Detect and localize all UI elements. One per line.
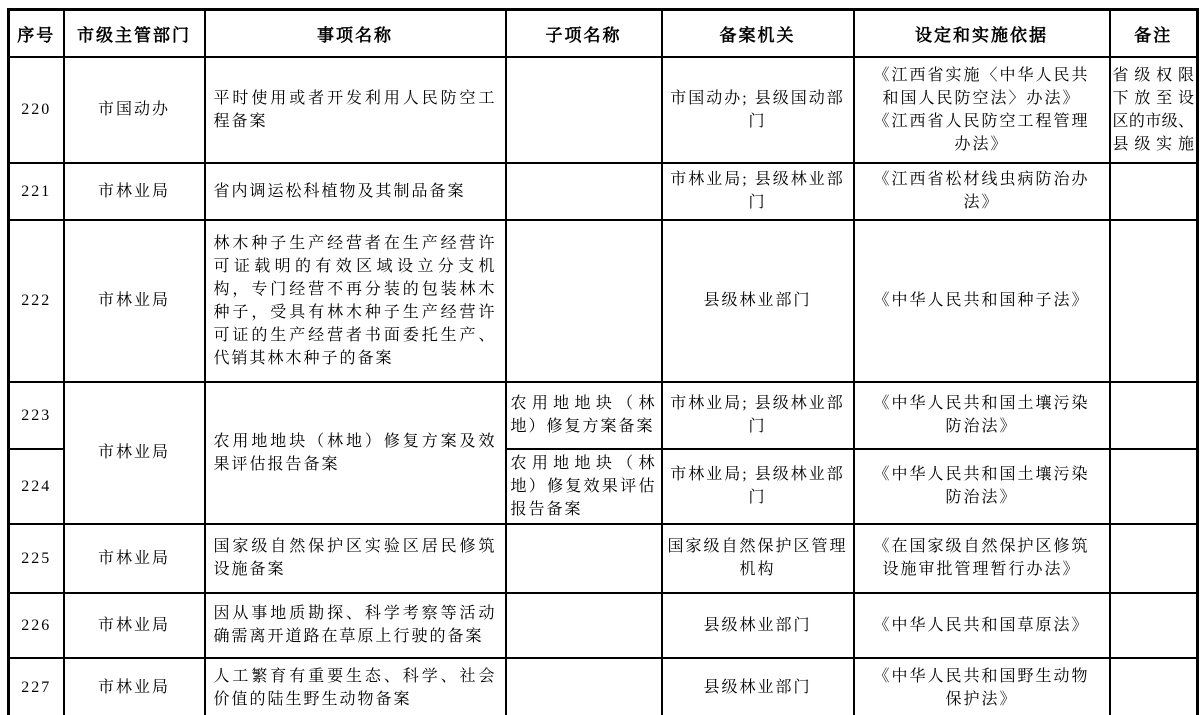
cell-dept: 市林业局: [64, 220, 205, 382]
cell-item: 林木种子生产经营者在生产经营许可证载明的有效区域设立分支机构，专门经营不再分装的…: [205, 220, 506, 382]
cell-seq: 222: [9, 220, 64, 382]
col-header-seq: 序号: [9, 10, 64, 57]
cell-item: 人工繁育有重要生态、科学、社会价值的陆生野生动物备案: [205, 658, 506, 715]
cell-seq: 221: [9, 163, 64, 220]
cell-seq: 225: [9, 524, 64, 593]
table-row-227: 227 市林业局 人工繁育有重要生态、科学、社会价值的陆生野生动物备案 县级林业…: [9, 658, 1198, 715]
cell-subitem: 农用地地块（林地）修复效果评估报告备案: [506, 449, 662, 524]
cell-note: [1110, 524, 1198, 593]
cell-note: [1110, 382, 1198, 449]
col-header-authority: 备案机关: [662, 10, 854, 57]
table-row-223: 223 市林业局 农用地地块（林地）修复方案及效果评估报告备案 农用地地块（林地…: [9, 382, 1198, 449]
cell-authority: 县级林业部门: [662, 658, 854, 715]
cell-authority: 市林业局; 县级林业部门: [662, 163, 854, 220]
basis-law: 《中华人民共和国野生动物保护法》: [869, 665, 1095, 711]
col-header-basis: 设定和实施依据: [854, 10, 1110, 57]
cell-note: [1110, 593, 1198, 658]
note-line: 县级实施: [1113, 133, 1195, 156]
cell-authority: 县级林业部门: [662, 593, 854, 658]
cell-seq: 224: [9, 449, 64, 524]
cell-subitem: [506, 593, 662, 658]
cell-item: 省内调运松科植物及其制品备案: [205, 163, 506, 220]
table-row-222: 222 市林业局 林木种子生产经营者在生产经营许可证载明的有效区域设立分支机构，…: [9, 220, 1198, 382]
cell-item: 因从事地质勘探、科学考察等活动确需离开道路在草原上行驶的备案: [205, 593, 506, 658]
table-row-220: 220 市国动办 平时使用或者开发利用人民防空工程备案 市国动办; 县级国动部门…: [9, 57, 1198, 163]
basis-law: 《在国家级自然保护区修筑设施审批管理暂行办法》: [869, 535, 1095, 581]
cell-item-merged: 农用地地块（林地）修复方案及效果评估报告备案: [205, 382, 506, 524]
cell-dept-merged: 市林业局: [64, 382, 205, 524]
cell-authority: 县级林业部门: [662, 220, 854, 382]
cell-subitem: [506, 163, 662, 220]
cell-basis: 《江西省松材线虫病防治办法》: [854, 163, 1110, 220]
cell-item: 平时使用或者开发利用人民防空工程备案: [205, 57, 506, 163]
cell-dept: 市林业局: [64, 524, 205, 593]
col-header-item: 事项名称: [205, 10, 506, 57]
cell-dept: 市林业局: [64, 163, 205, 220]
cell-seq: 226: [9, 593, 64, 658]
cell-basis: 《中华人民共和国种子法》: [854, 220, 1110, 382]
cell-basis: 《江西省实施〈中华人民共和国人民防空法〉办法》 《江西省人民防空工程管理办法》: [854, 57, 1110, 163]
cell-note: [1110, 658, 1198, 715]
filing-items-table: 序号 市级主管部门 事项名称 子项名称 备案机关 设定和实施依据 备注 220 …: [7, 8, 1199, 715]
cell-basis: 《在国家级自然保护区修筑设施审批管理暂行办法》: [854, 524, 1110, 593]
cell-note: [1110, 449, 1198, 524]
cell-subitem: [506, 57, 662, 163]
col-header-dept: 市级主管部门: [64, 10, 205, 57]
table-row-226: 226 市林业局 因从事地质勘探、科学考察等活动确需离开道路在草原上行驶的备案 …: [9, 593, 1198, 658]
header-row: 序号 市级主管部门 事项名称 子项名称 备案机关 设定和实施依据 备注: [9, 10, 1198, 57]
cell-authority: 市林业局; 县级林业部门: [662, 382, 854, 449]
cell-seq: 220: [9, 57, 64, 163]
cell-note: [1110, 220, 1198, 382]
cell-authority: 市林业局; 县级林业部门: [662, 449, 854, 524]
cell-basis: 《中华人民共和国土壤污染防治法》: [854, 382, 1110, 449]
basis-law: 《中华人民共和国种子法》: [869, 289, 1095, 312]
cell-subitem: [506, 220, 662, 382]
cell-authority: 市国动办; 县级国动部门: [662, 57, 854, 163]
cell-authority: 国家级自然保护区管理机构: [662, 524, 854, 593]
cell-subitem: [506, 524, 662, 593]
basis-law: 《江西省实施〈中华人民共和国人民防空法〉办法》: [869, 64, 1095, 110]
cell-dept: 市林业局: [64, 658, 205, 715]
table-row-221: 221 市林业局 省内调运松科植物及其制品备案 市林业局; 县级林业部门 《江西…: [9, 163, 1198, 220]
note-line: 下放至设: [1113, 87, 1195, 110]
cell-dept: 市林业局: [64, 593, 205, 658]
table-row-225: 225 市林业局 国家级自然保护区实验区居民修筑设施备案 国家级自然保护区管理机…: [9, 524, 1198, 593]
col-header-note: 备注: [1110, 10, 1198, 57]
cell-basis: 《中华人民共和国野生动物保护法》: [854, 658, 1110, 715]
cell-seq: 227: [9, 658, 64, 715]
cell-seq: 223: [9, 382, 64, 449]
note-line: 省级权限: [1113, 64, 1195, 87]
document-page: 序号 市级主管部门 事项名称 子项名称 备案机关 设定和实施依据 备注 220 …: [0, 0, 1203, 715]
cell-note: [1110, 163, 1198, 220]
basis-law: 《中华人民共和国土壤污染防治法》: [869, 392, 1095, 438]
cell-dept: 市国动办: [64, 57, 205, 163]
note-line: 区的市级、: [1113, 110, 1195, 133]
basis-law: 《中华人民共和国草原法》: [869, 614, 1095, 637]
cell-subitem: 农用地地块（林地）修复方案备案: [506, 382, 662, 449]
cell-subitem: [506, 658, 662, 715]
basis-law: 《江西省松材线虫病防治办法》: [869, 168, 1095, 214]
cell-basis: 《中华人民共和国草原法》: [854, 593, 1110, 658]
cell-basis: 《中华人民共和国土壤污染防治法》: [854, 449, 1110, 524]
col-header-subitem: 子项名称: [506, 10, 662, 57]
cell-item: 国家级自然保护区实验区居民修筑设施备案: [205, 524, 506, 593]
basis-law: 《江西省人民防空工程管理办法》: [869, 110, 1095, 156]
cell-note: 省级权限 下放至设 区的市级、 县级实施: [1110, 57, 1198, 163]
basis-law: 《中华人民共和国土壤污染防治法》: [869, 463, 1095, 509]
